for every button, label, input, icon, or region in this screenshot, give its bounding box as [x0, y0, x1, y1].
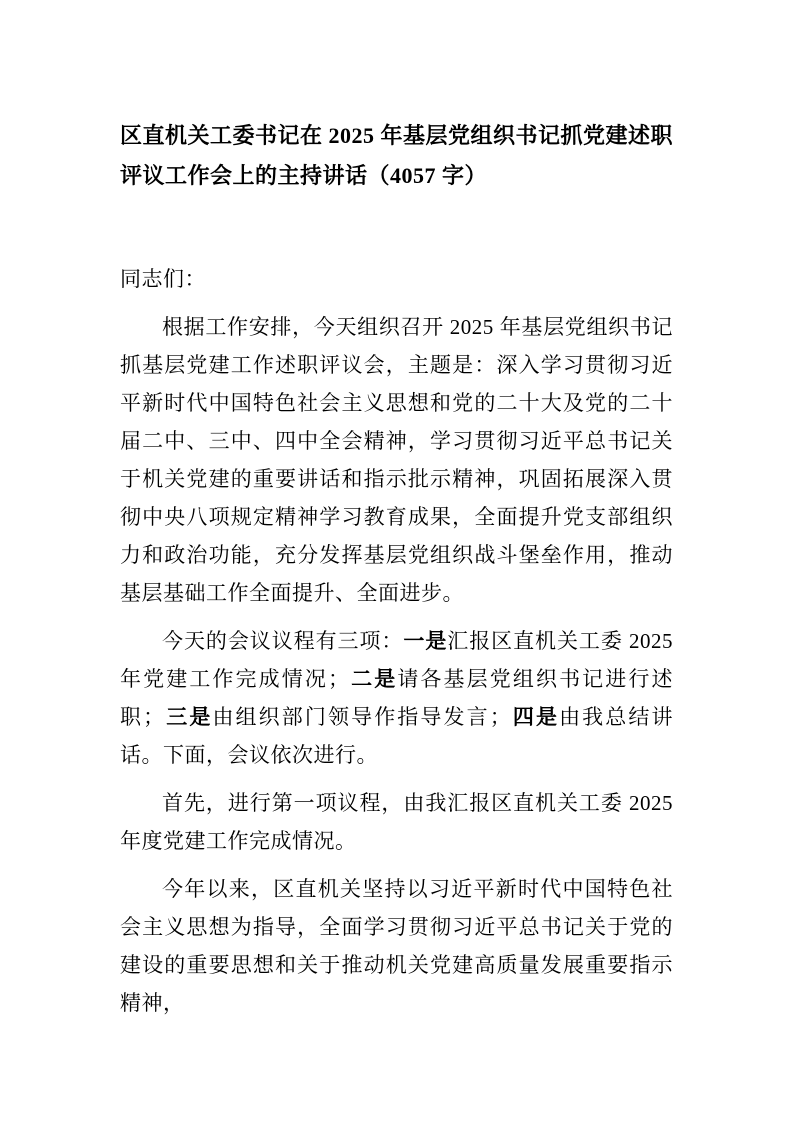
- paragraph-salutation: 同志们：: [120, 260, 673, 298]
- paragraph-meeting-theme: 根据工作安排，今天组织召开 2025 年基层党组织书记抓基层党建工作述职评议会，…: [120, 308, 673, 612]
- paragraph-agenda: 今天的会议议程有三项：一是汇报区直机关工委 2025 年党建工作完成情况；二是请…: [120, 622, 673, 774]
- agenda-item-1-marker: 一是: [403, 629, 447, 653]
- paragraph-first-agenda-item: 首先，进行第一项议程，由我汇报区直机关工委 2025 年度党建工作完成情况。: [120, 784, 673, 860]
- paragraph-work-report-opening: 今年以来，区直机关坚持以习近平新时代中国特色社会主义思想为指导，全面学习贯彻习近…: [120, 870, 673, 1022]
- document-page: 区直机关工委书记在 2025 年基层党组织书记抓党建述职评议工作会上的主持讲话（…: [0, 0, 793, 1122]
- agenda-intro: 今天的会议议程有三项：: [162, 629, 403, 653]
- agenda-item-3-text: 由组织部门领导作指导发言；: [212, 705, 511, 729]
- agenda-item-3-marker: 三是: [165, 705, 213, 729]
- agenda-item-4-marker: 四是: [511, 705, 559, 729]
- agenda-item-2-marker: 二是: [349, 667, 397, 691]
- page-title: 区直机关工委书记在 2025 年基层党组织书记抓党建述职评议工作会上的主持讲话（…: [120, 116, 673, 196]
